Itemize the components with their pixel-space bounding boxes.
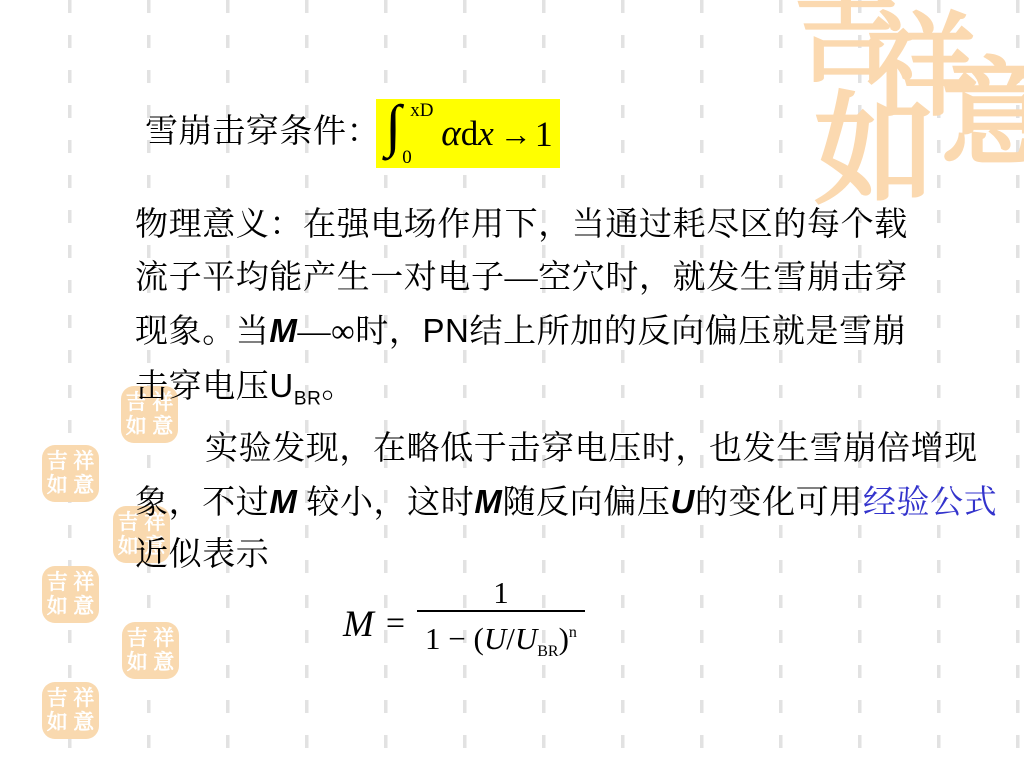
empirical-formula-link[interactable]: 经验公式 xyxy=(863,485,997,521)
text-run: 的变化可用 xyxy=(695,485,863,521)
stamp-char: 如 xyxy=(47,712,68,733)
stamp-char: 意 xyxy=(153,652,174,673)
paragraph1-line4: 击穿电压UBR。 xyxy=(135,364,355,422)
slide: 吉 祥 如 意 吉祥如意 吉祥如意 吉祥如意 吉祥如意 吉祥如意 吉祥如意 雪崩… xyxy=(0,0,1024,768)
result-value: 1 xyxy=(535,116,553,152)
stamp-char: 吉 xyxy=(127,628,148,649)
empirical-formula: M = 1 1 − (U/UBR)n xyxy=(343,576,585,672)
integral-lower-limit: 0 xyxy=(402,148,412,167)
stamp-char: 吉 xyxy=(47,688,68,709)
stamp-char: 祥 xyxy=(153,628,174,649)
slash: / xyxy=(506,621,515,656)
seal-stamp: 吉祥如意 xyxy=(122,622,179,679)
paragraph2-line1: 实验发现，在略低于击穿电压时，也发生雪崩倍增现 xyxy=(205,427,978,471)
slide-title: 雪崩击穿条件： xyxy=(145,110,380,154)
stamp-char: 如 xyxy=(47,475,68,496)
variable-U: U xyxy=(515,621,537,656)
seal-calligraphy-char: 意 xyxy=(940,58,1024,174)
breakdown-condition-formula: ∫ xD 0 α d x → 1 xyxy=(376,99,560,168)
integral-upper-limit: xD xyxy=(410,101,433,120)
text-run: 随反向偏压 xyxy=(502,485,670,521)
variable-x: x xyxy=(478,116,494,151)
stamp-char: 祥 xyxy=(73,572,94,593)
formula-lhs-M: M xyxy=(343,603,374,646)
stamp-char: 祥 xyxy=(73,688,94,709)
equals-sign: = xyxy=(386,605,405,643)
stamp-char: 如 xyxy=(47,596,68,617)
seal-stamp: 吉祥如意 xyxy=(42,682,99,739)
integral-expression: ∫ xD 0 xyxy=(383,102,441,166)
stamp-char: 意 xyxy=(73,712,94,733)
seal-stamp: 吉祥如意 xyxy=(42,566,99,623)
stamp-char: 意 xyxy=(73,596,94,617)
stamp-char: 如 xyxy=(127,652,148,673)
differential-d: d xyxy=(461,116,479,151)
stamp-char: 吉 xyxy=(47,451,68,472)
stamp-char: 吉 xyxy=(47,572,68,593)
fraction-denominator: 1 − (U/UBR)n xyxy=(417,610,585,672)
text-run: 象，不过 xyxy=(135,485,269,521)
variable-M: M xyxy=(269,312,297,349)
stamp-char: 祥 xyxy=(73,451,94,472)
paragraph2-line3: 近似表示 xyxy=(135,533,269,577)
arrow-symbol: → xyxy=(500,118,532,150)
text-run: 较小，这时 xyxy=(298,485,475,521)
text-run: 结上所加的反向偏压就是雪崩 xyxy=(469,314,906,350)
paragraph1-line1: 物理意义：在强电场作用下，当通过耗尽区的每个载 xyxy=(135,203,908,247)
fraction: 1 1 − (U/UBR)n xyxy=(417,576,585,672)
variable-U: U xyxy=(670,483,694,520)
seal-stamp: 吉祥如意 xyxy=(42,445,99,502)
variable-U: U xyxy=(269,367,293,404)
paragraph1-line3: 现象。当M—∞时，PN结上所加的反向偏压就是雪崩 xyxy=(135,309,906,354)
text-run: 现象。当 xyxy=(135,314,269,350)
exponent-n: n xyxy=(569,624,577,641)
text-run: —∞时， xyxy=(298,314,423,350)
close-paren: ) xyxy=(559,621,569,656)
stamp-char: 意 xyxy=(73,475,94,496)
variable-M: M xyxy=(269,483,297,520)
variable-M: M xyxy=(474,483,502,520)
subscript-BR: BR xyxy=(294,389,322,410)
seal-calligraphy-char: 如 xyxy=(814,92,936,214)
paragraph2-line2: 象，不过M 较小，这时M随反向偏压U的变化可用经验公式 xyxy=(135,480,997,525)
pn-junction-label: PN xyxy=(422,312,469,349)
variable-U: U xyxy=(484,621,506,656)
integral-sign: ∫ xyxy=(385,94,401,158)
alpha-symbol: α xyxy=(441,115,460,152)
text-run: 。 xyxy=(321,369,355,405)
text-run: 1 − ( xyxy=(425,621,484,656)
paragraph1-line2: 流子平均能产生一对电子—空穴时，就发生雪崩击穿 xyxy=(135,256,908,300)
text-run: 击穿电压 xyxy=(135,369,269,405)
fraction-numerator: 1 xyxy=(493,576,509,610)
subscript-BR: BR xyxy=(537,643,558,660)
